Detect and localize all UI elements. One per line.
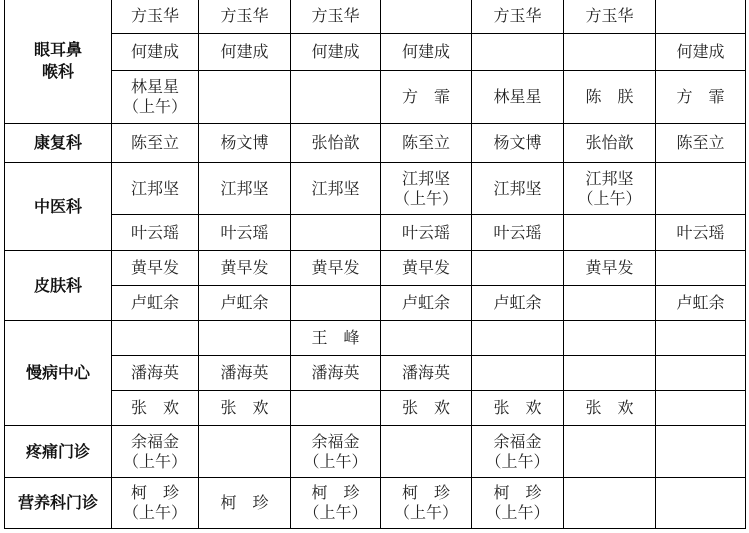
schedule-cell — [564, 321, 656, 356]
schedule-cell: 卢虹余 — [112, 286, 199, 321]
schedule-cell: 潘海英 — [291, 356, 381, 391]
schedule-cell: 余福金（上午） — [112, 426, 199, 478]
schedule-cell: 方玉华 — [472, 0, 564, 34]
schedule-cell: 叶云瑶 — [656, 215, 746, 251]
schedule-cell: 张 欢 — [472, 391, 564, 426]
doctor-name: 陈至立 — [112, 133, 198, 153]
schedule-cell: 叶云瑶 — [112, 215, 199, 251]
schedule-cell: 张怡歆 — [564, 124, 656, 163]
doctor-name: 张 欢 — [564, 398, 655, 418]
schedule-row: 康复科陈至立杨文博张怡歆陈至立杨文博张怡歆陈至立 — [5, 124, 746, 163]
doctor-name: 卢虹余 — [112, 293, 198, 313]
schedule-cell: 江邦坚（上午） — [381, 163, 472, 215]
schedule-row: 慢病中心王 峰 — [5, 321, 746, 356]
doctor-name: 潘海英 — [112, 363, 198, 383]
doctor-name: 黄早发 — [381, 258, 471, 278]
department-name-line: 眼耳鼻 — [5, 39, 111, 61]
schedule-cell — [564, 215, 656, 251]
department-name: 中医科 — [5, 163, 112, 251]
doctor-name: 林星星 — [112, 77, 198, 97]
schedule-cell — [656, 321, 746, 356]
schedule-cell: 卢虹余 — [199, 286, 291, 321]
doctor-name: 方玉华 — [472, 6, 563, 26]
doctor-name: 杨文博 — [199, 133, 290, 153]
session-note: （上午） — [291, 452, 380, 472]
schedule-cell: 陈 朕 — [564, 71, 656, 124]
doctor-name: 柯 珍 — [291, 483, 380, 503]
doctor-name: 黄早发 — [199, 258, 290, 278]
schedule-row: 张 欢张 欢张 欢张 欢张 欢 — [5, 391, 746, 426]
session-note: （上午） — [291, 503, 380, 523]
session-note: （上午） — [564, 189, 655, 209]
doctor-name: 江邦坚 — [112, 179, 198, 199]
department-name: 康复科 — [5, 124, 112, 163]
schedule-cell: 陈至立 — [656, 124, 746, 163]
schedule-cell: 何建成 — [291, 34, 381, 71]
doctor-name: 余福金 — [291, 432, 380, 452]
schedule-cell: 江邦坚 — [291, 163, 381, 215]
schedule-cell: 叶云瑶 — [381, 215, 472, 251]
doctor-name: 方玉华 — [291, 6, 380, 26]
schedule-cell: 余福金（上午） — [472, 426, 564, 478]
doctor-name: 黄早发 — [291, 258, 380, 278]
schedule-row: 眼耳鼻喉科方玉华方玉华方玉华方玉华方玉华 — [5, 0, 746, 34]
doctor-name: 柯 珍 — [199, 493, 290, 513]
schedule-cell: 黄早发 — [381, 251, 472, 286]
schedule-cell: 潘海英 — [112, 356, 199, 391]
schedule-cell: 黄早发 — [112, 251, 199, 286]
department-name: 营养科门诊 — [5, 478, 112, 529]
doctor-name: 何建成 — [381, 42, 471, 62]
department-name-line: 慢病中心 — [5, 362, 111, 384]
doctor-name: 方玉华 — [112, 6, 198, 26]
schedule-cell — [112, 321, 199, 356]
schedule-cell — [199, 321, 291, 356]
schedule-cell — [656, 0, 746, 34]
session-note: （上午） — [112, 97, 198, 117]
department-name: 皮肤科 — [5, 251, 112, 321]
doctor-name: 柯 珍 — [112, 483, 198, 503]
department-name-line: 疼痛门诊 — [5, 441, 111, 463]
doctor-name: 江邦坚 — [199, 179, 290, 199]
schedule-cell: 柯 珍（上午） — [472, 478, 564, 529]
doctor-name: 何建成 — [656, 42, 745, 62]
doctor-name: 潘海英 — [199, 363, 290, 383]
doctor-name: 张 欢 — [112, 398, 198, 418]
doctor-name: 江邦坚 — [564, 169, 655, 189]
session-note: （上午） — [112, 503, 198, 523]
doctor-name: 陈至立 — [656, 133, 745, 153]
session-note: （上午） — [472, 503, 563, 523]
department-name-line: 喉科 — [5, 61, 111, 83]
schedule-cell — [381, 426, 472, 478]
doctor-name: 方 霏 — [381, 87, 471, 107]
duty-schedule-table: 眼耳鼻喉科方玉华方玉华方玉华方玉华方玉华何建成何建成何建成何建成何建成林星星（上… — [4, 0, 746, 529]
schedule-cell — [291, 71, 381, 124]
doctor-name: 卢虹余 — [199, 293, 290, 313]
schedule-cell: 潘海英 — [199, 356, 291, 391]
schedule-cell: 卢虹余 — [656, 286, 746, 321]
department-name: 慢病中心 — [5, 321, 112, 426]
doctor-name: 江邦坚 — [291, 179, 380, 199]
schedule-row: 何建成何建成何建成何建成何建成 — [5, 34, 746, 71]
schedule-cell: 陈至立 — [381, 124, 472, 163]
schedule-row: 潘海英潘海英潘海英潘海英 — [5, 356, 746, 391]
schedule-row: 叶云瑶叶云瑶叶云瑶叶云瑶叶云瑶 — [5, 215, 746, 251]
schedule-cell: 张怡歆 — [291, 124, 381, 163]
department-name-line: 营养科门诊 — [5, 492, 111, 514]
department-name-line: 康复科 — [5, 132, 111, 154]
session-note: （上午） — [472, 452, 563, 472]
schedule-cell: 方 霏 — [656, 71, 746, 124]
department-name-line: 中医科 — [5, 196, 111, 218]
doctor-name: 方玉华 — [564, 6, 655, 26]
schedule-cell: 张 欢 — [381, 391, 472, 426]
schedule-cell: 潘海英 — [381, 356, 472, 391]
schedule-cell — [656, 478, 746, 529]
doctor-name: 潘海英 — [291, 363, 380, 383]
schedule-cell: 王 峰 — [291, 321, 381, 356]
schedule-cell: 江邦坚 — [472, 163, 564, 215]
schedule-cell — [291, 391, 381, 426]
schedule-row: 中医科江邦坚江邦坚江邦坚江邦坚（上午）江邦坚江邦坚（上午） — [5, 163, 746, 215]
schedule-row: 林星星（上午）方 霏林星星陈 朕方 霏 — [5, 71, 746, 124]
schedule-row: 卢虹余卢虹余卢虹余卢虹余卢虹余 — [5, 286, 746, 321]
schedule-cell — [656, 251, 746, 286]
schedule-cell: 杨文博 — [472, 124, 564, 163]
doctor-name: 张怡歆 — [291, 133, 380, 153]
doctor-name: 方玉华 — [199, 6, 290, 26]
doctor-name: 张 欢 — [381, 398, 471, 418]
schedule-cell: 何建成 — [656, 34, 746, 71]
schedule-cell — [291, 215, 381, 251]
doctor-name: 叶云瑶 — [199, 223, 290, 243]
schedule-cell: 张 欢 — [112, 391, 199, 426]
schedule-cell: 卢虹余 — [381, 286, 472, 321]
schedule-cell — [472, 321, 564, 356]
schedule-cell: 何建成 — [199, 34, 291, 71]
schedule-cell: 杨文博 — [199, 124, 291, 163]
doctor-name: 叶云瑶 — [656, 223, 745, 243]
schedule-cell — [656, 163, 746, 215]
doctor-name: 何建成 — [112, 42, 198, 62]
schedule-row: 疼痛门诊余福金（上午）余福金（上午）余福金（上午） — [5, 426, 746, 478]
schedule-row: 皮肤科黄早发黄早发黄早发黄早发黄早发 — [5, 251, 746, 286]
session-note: （上午） — [381, 189, 471, 209]
schedule-cell: 方玉华 — [291, 0, 381, 34]
doctor-name: 何建成 — [199, 42, 290, 62]
schedule-cell: 余福金（上午） — [291, 426, 381, 478]
schedule-cell — [472, 251, 564, 286]
session-note: （上午） — [381, 503, 471, 523]
schedule-cell: 江邦坚 — [199, 163, 291, 215]
doctor-name: 张 欢 — [199, 398, 290, 418]
doctor-name: 方 霏 — [656, 87, 745, 107]
doctor-name: 叶云瑶 — [472, 223, 563, 243]
schedule-cell: 叶云瑶 — [472, 215, 564, 251]
schedule-cell: 黄早发 — [291, 251, 381, 286]
doctor-name: 黄早发 — [112, 258, 198, 278]
doctor-name: 江邦坚 — [472, 179, 563, 199]
schedule-row: 营养科门诊柯 珍（上午）柯 珍柯 珍（上午）柯 珍（上午）柯 珍（上午） — [5, 478, 746, 529]
schedule-cell: 方 霏 — [381, 71, 472, 124]
schedule-cell — [656, 391, 746, 426]
schedule-cell: 林星星（上午） — [112, 71, 199, 124]
schedule-cell: 方玉华 — [112, 0, 199, 34]
doctor-name: 潘海英 — [381, 363, 471, 383]
schedule-cell — [472, 34, 564, 71]
schedule-cell — [564, 426, 656, 478]
schedule-cell — [564, 286, 656, 321]
schedule-cell — [656, 426, 746, 478]
doctor-name: 叶云瑶 — [381, 223, 471, 243]
schedule-cell: 林星星 — [472, 71, 564, 124]
department-name: 眼耳鼻喉科 — [5, 0, 112, 124]
doctor-name: 何建成 — [291, 42, 380, 62]
doctor-name: 张怡歆 — [564, 133, 655, 153]
doctor-name: 余福金 — [472, 432, 563, 452]
schedule-cell — [381, 321, 472, 356]
doctor-name: 卢虹余 — [656, 293, 745, 313]
doctor-name: 柯 珍 — [472, 483, 563, 503]
schedule-cell: 陈至立 — [112, 124, 199, 163]
schedule-cell — [291, 286, 381, 321]
doctor-name: 陈 朕 — [564, 87, 655, 107]
schedule-cell: 江邦坚 — [112, 163, 199, 215]
schedule-cell — [472, 356, 564, 391]
schedule-cell: 柯 珍 — [199, 478, 291, 529]
department-name: 疼痛门诊 — [5, 426, 112, 478]
doctor-name: 叶云瑶 — [112, 223, 198, 243]
schedule-cell — [564, 478, 656, 529]
doctor-name: 张 欢 — [472, 398, 563, 418]
schedule-cell — [564, 34, 656, 71]
schedule-cell — [656, 356, 746, 391]
schedule-cell — [199, 71, 291, 124]
schedule-cell: 黄早发 — [199, 251, 291, 286]
doctor-name: 杨文博 — [472, 133, 563, 153]
schedule-cell: 黄早发 — [564, 251, 656, 286]
schedule-cell — [199, 426, 291, 478]
schedule-cell: 卢虹余 — [472, 286, 564, 321]
doctor-name: 江邦坚 — [381, 169, 471, 189]
doctor-name: 卢虹余 — [472, 293, 563, 313]
doctor-name: 余福金 — [112, 432, 198, 452]
schedule-cell: 方玉华 — [199, 0, 291, 34]
doctor-name: 黄早发 — [564, 258, 655, 278]
department-name-line: 皮肤科 — [5, 275, 111, 297]
doctor-name: 王 峰 — [291, 328, 380, 348]
schedule-cell: 柯 珍（上午） — [291, 478, 381, 529]
schedule-cell: 柯 珍（上午） — [112, 478, 199, 529]
schedule-cell: 江邦坚（上午） — [564, 163, 656, 215]
schedule-cell — [381, 0, 472, 34]
schedule-cell: 柯 珍（上午） — [381, 478, 472, 529]
doctor-name: 柯 珍 — [381, 483, 471, 503]
session-note: （上午） — [112, 452, 198, 472]
schedule-cell: 叶云瑶 — [199, 215, 291, 251]
schedule-cell: 何建成 — [381, 34, 472, 71]
doctor-name: 林星星 — [472, 87, 563, 107]
doctor-name: 卢虹余 — [381, 293, 471, 313]
schedule-cell: 方玉华 — [564, 0, 656, 34]
doctor-name: 陈至立 — [381, 133, 471, 153]
schedule-cell: 张 欢 — [564, 391, 656, 426]
schedule-cell: 何建成 — [112, 34, 199, 71]
schedule-cell — [564, 356, 656, 391]
schedule-cell: 张 欢 — [199, 391, 291, 426]
